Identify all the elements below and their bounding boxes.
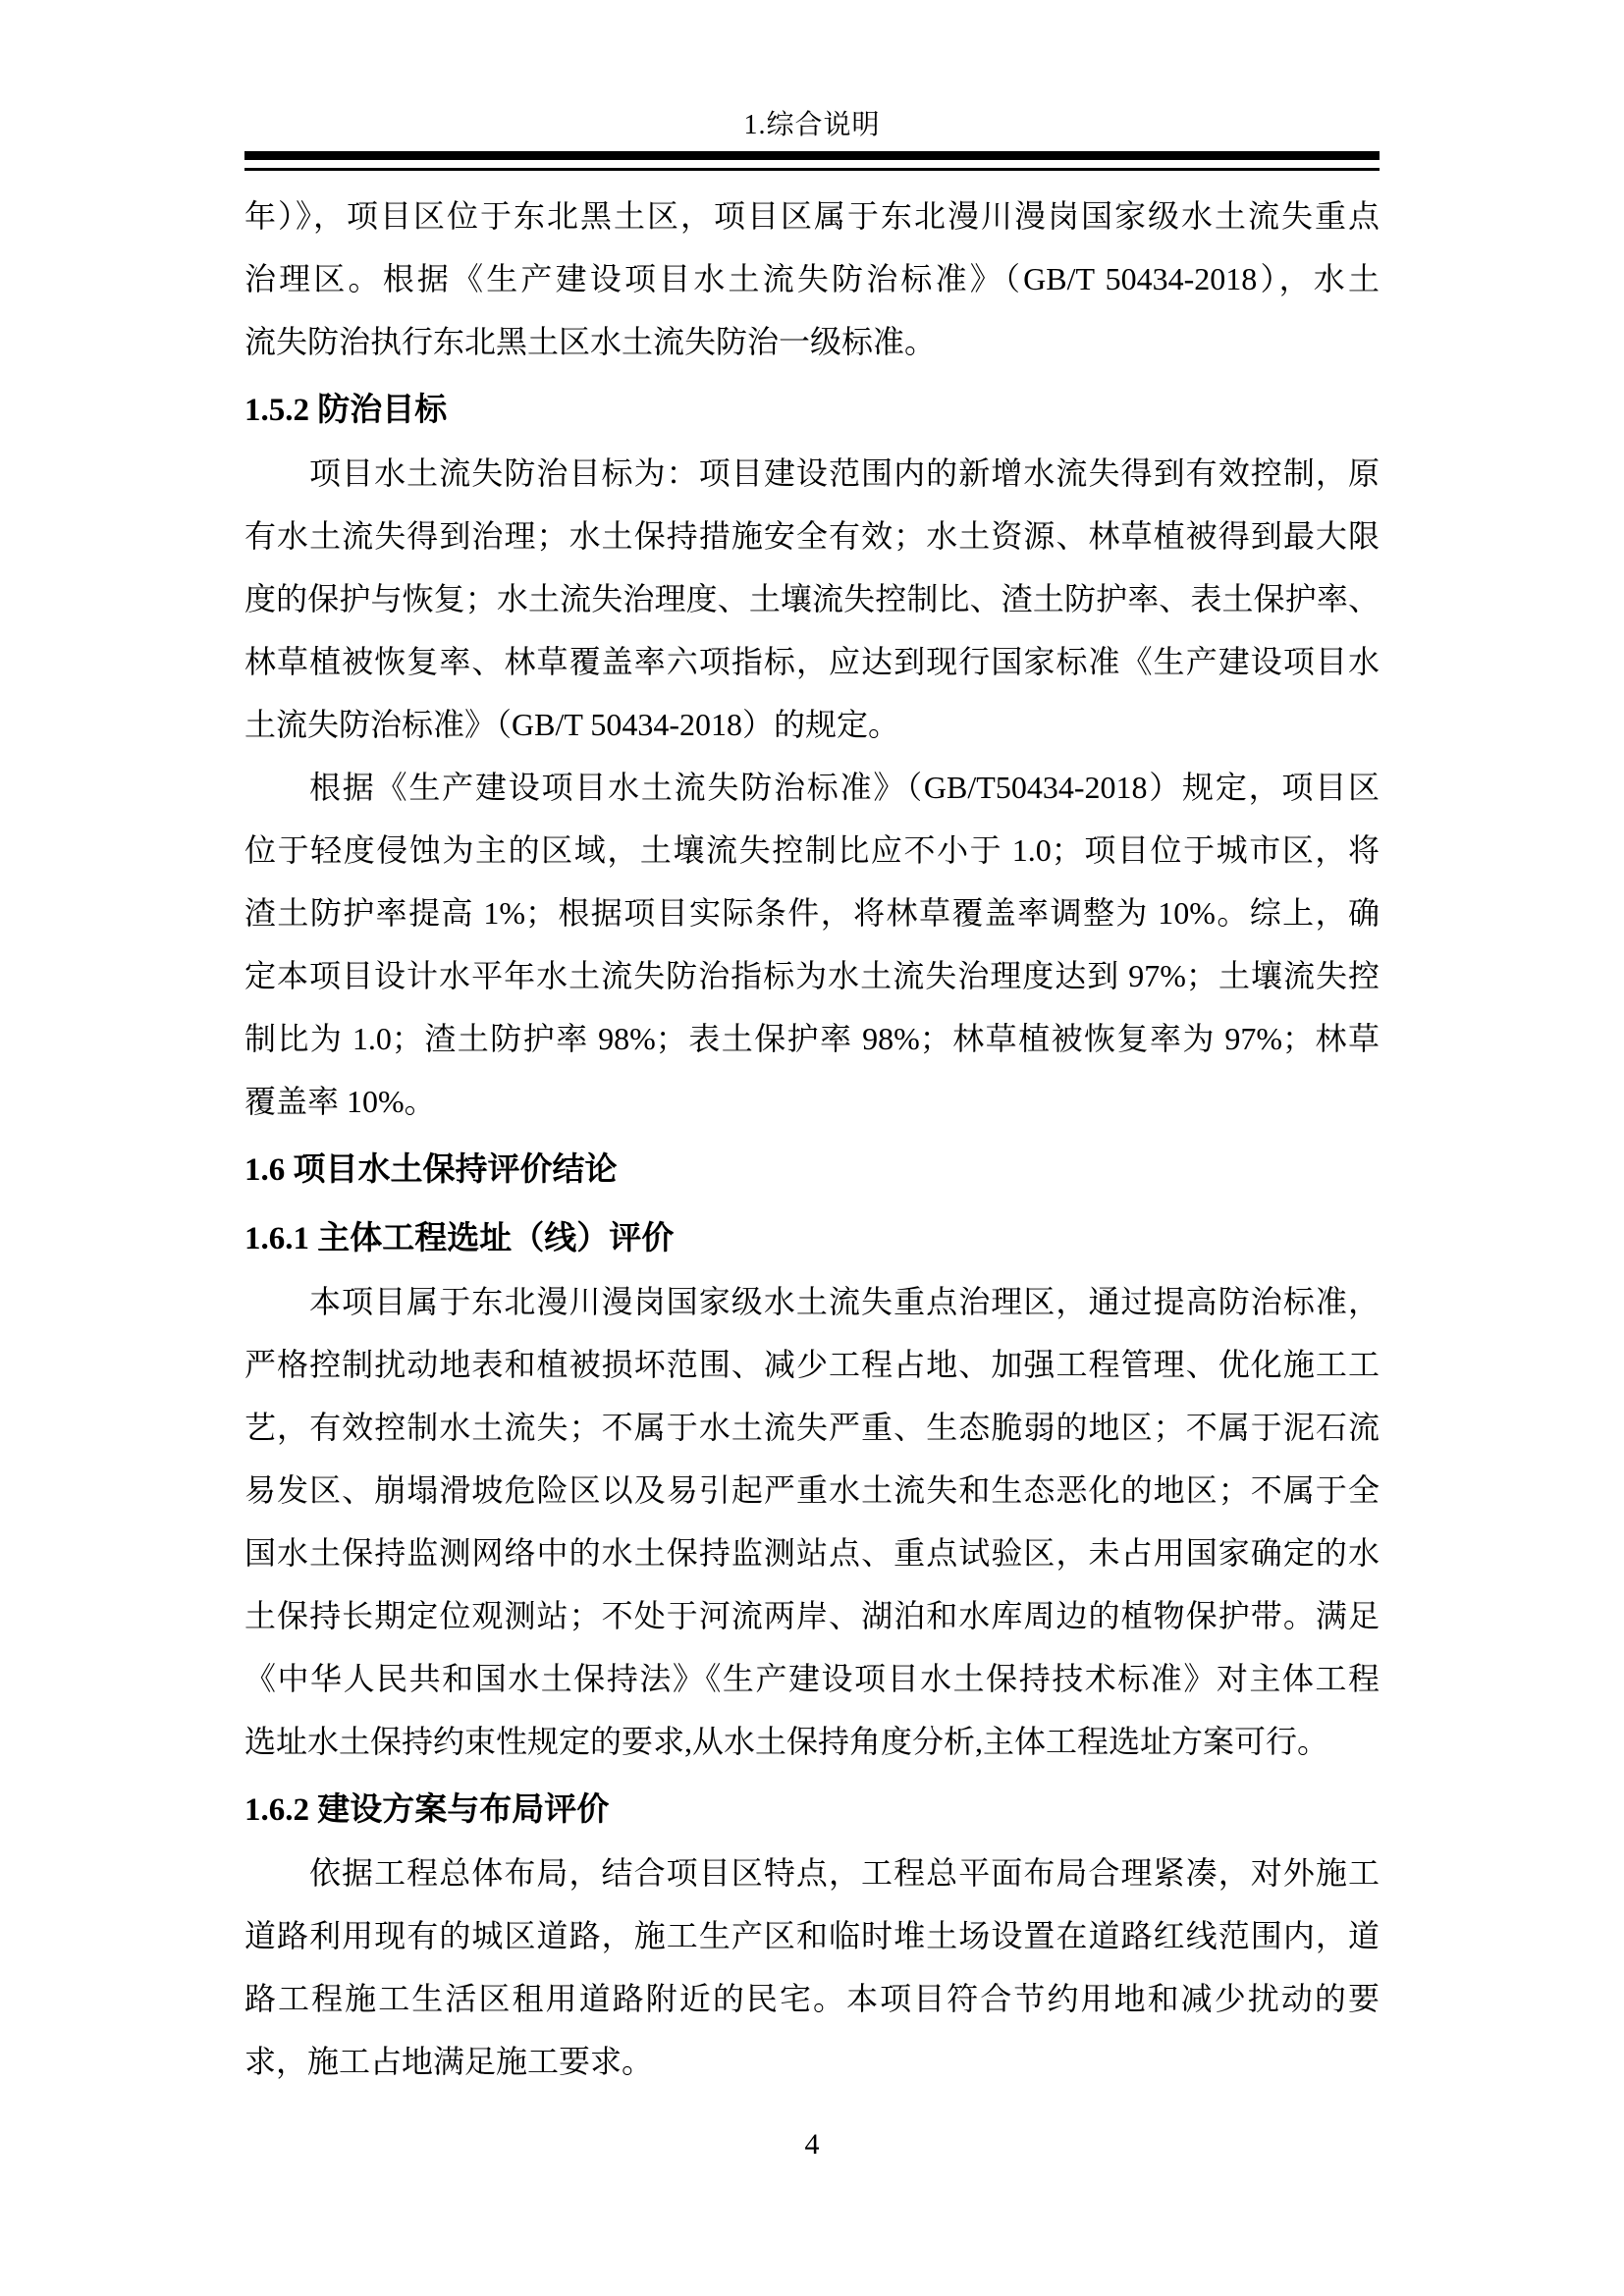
body-line: 度的保护与恢复；水土流失治理度、土壤流失控制比、渣土防护率、表土保护率、 bbox=[244, 567, 1380, 630]
section-heading-1-6: 1.6 项目水土保持评价结论 bbox=[244, 1139, 1380, 1201]
paragraph-target-values: 根据《生产建设项目水土流失防治标准》（GB/T50434-2018）规定，项目区… bbox=[244, 756, 1380, 1133]
paragraph-prevention-targets: 项目水土流失防治目标为：项目建设范围内的新增水流失得到有效控制，原 有水土流失得… bbox=[244, 442, 1380, 756]
header-rule-thin bbox=[244, 168, 1380, 171]
body-line: 流失防治执行东北黑土区水土流失防治一级标准。 bbox=[244, 310, 1380, 373]
paragraph-site-selection-evaluation: 本项目属于东北漫川漫岗国家级水土流失重点治理区，通过提高防治标准， 严格控制扰动… bbox=[244, 1270, 1380, 1773]
body-line: 定本项目设计水平年水土流失防治指标为水土流失治理度达到 97%；土壤流失控 bbox=[244, 944, 1380, 1007]
body-line: 土流失防治标准》（GB/T 50434-2018）的规定。 bbox=[244, 693, 1380, 756]
body-line: 易发区、崩塌滑坡危险区以及易引起严重水土流失和生态恶化的地区；不属于全 bbox=[244, 1459, 1380, 1522]
page-content: 1.综合说明 年）》，项目区位于东北黑土区，项目区属于东北漫川漫岗国家级水土流失… bbox=[244, 0, 1380, 2093]
body-line: 年）》，项目区位于东北黑土区，项目区属于东北漫川漫岗国家级水土流失重点 bbox=[244, 185, 1380, 247]
section-heading-1-5-2: 1.5.2 防治目标 bbox=[244, 379, 1380, 442]
paragraph-overflow: 年）》，项目区位于东北黑土区，项目区属于东北漫川漫岗国家级水土流失重点 治理区。… bbox=[244, 185, 1380, 373]
body-line: 渣土防护率提高 1%；根据项目实际条件，将林草覆盖率调整为 10%。综上，确 bbox=[244, 881, 1380, 944]
header-rule-thick bbox=[244, 151, 1380, 160]
body-line: 求，施工占地满足施工要求。 bbox=[244, 2030, 1380, 2093]
body-line: 《中华人民共和国水土保持法》《生产建设项目水土保持技术标准》对主体工程 bbox=[244, 1647, 1380, 1710]
document-body: 年）》，项目区位于东北黑土区，项目区属于东北漫川漫岗国家级水土流失重点 治理区。… bbox=[244, 185, 1380, 2093]
body-line: 国水土保持监测网络中的水土保持监测站点、重点试验区，未占用国家确定的水 bbox=[244, 1522, 1380, 1584]
body-line: 严格控制扰动地表和植被损坏范围、减少工程占地、加强工程管理、优化施工工 bbox=[244, 1333, 1380, 1396]
body-line: 治理区。根据《生产建设项目水土流失防治标准》（GB/T 50434-2018），… bbox=[244, 247, 1380, 310]
body-line: 选址水土保持约束性规定的要求,从水土保持角度分析,主体工程选址方案可行。 bbox=[244, 1710, 1380, 1773]
body-line: 本项目属于东北漫川漫岗国家级水土流失重点治理区，通过提高防治标准， bbox=[244, 1270, 1380, 1333]
paragraph-layout-evaluation: 依据工程总体布局，结合项目区特点，工程总平面布局合理紧凑，对外施工 道路利用现有… bbox=[244, 1842, 1380, 2093]
document-page: 1.综合说明 年）》，项目区位于东北黑土区，项目区属于东北漫川漫岗国家级水土流失… bbox=[0, 0, 1624, 2296]
page-number: 4 bbox=[0, 2123, 1624, 2166]
body-line: 土保持长期定位观测站；不处于河流两岸、湖泊和水库周边的植物保护带。满足 bbox=[244, 1584, 1380, 1647]
body-line: 制比为 1.0；渣土防护率 98%；表土保护率 98%；林草植被恢复率为 97%… bbox=[244, 1007, 1380, 1070]
body-line: 根据《生产建设项目水土流失防治标准》（GB/T50434-2018）规定，项目区 bbox=[244, 756, 1380, 819]
body-line: 依据工程总体布局，结合项目区特点，工程总平面布局合理紧凑，对外施工 bbox=[244, 1842, 1380, 1904]
section-heading-1-6-1: 1.6.1 主体工程选址（线）评价 bbox=[244, 1207, 1380, 1270]
page-header-title: 1.综合说明 bbox=[244, 0, 1380, 145]
section-heading-1-6-2: 1.6.2 建设方案与布局评价 bbox=[244, 1779, 1380, 1842]
body-line: 位于轻度侵蚀为主的区域，土壤流失控制比应不小于 1.0；项目位于城市区，将 bbox=[244, 819, 1380, 881]
body-line: 覆盖率 10%。 bbox=[244, 1070, 1380, 1133]
body-line: 道路利用现有的城区道路，施工生产区和临时堆土场设置在道路红线范围内，道 bbox=[244, 1904, 1380, 1967]
body-line: 林草植被恢复率、林草覆盖率六项指标，应达到现行国家标准《生产建设项目水 bbox=[244, 630, 1380, 693]
body-line: 项目水土流失防治目标为：项目建设范围内的新增水流失得到有效控制，原 bbox=[244, 442, 1380, 505]
body-line: 路工程施工生活区租用道路附近的民宅。本项目符合节约用地和减少扰动的要 bbox=[244, 1967, 1380, 2030]
body-line: 艺，有效控制水土流失；不属于水土流失严重、生态脆弱的地区；不属于泥石流 bbox=[244, 1396, 1380, 1459]
body-line: 有水土流失得到治理；水土保持措施安全有效；水土资源、林草植被得到最大限 bbox=[244, 505, 1380, 567]
